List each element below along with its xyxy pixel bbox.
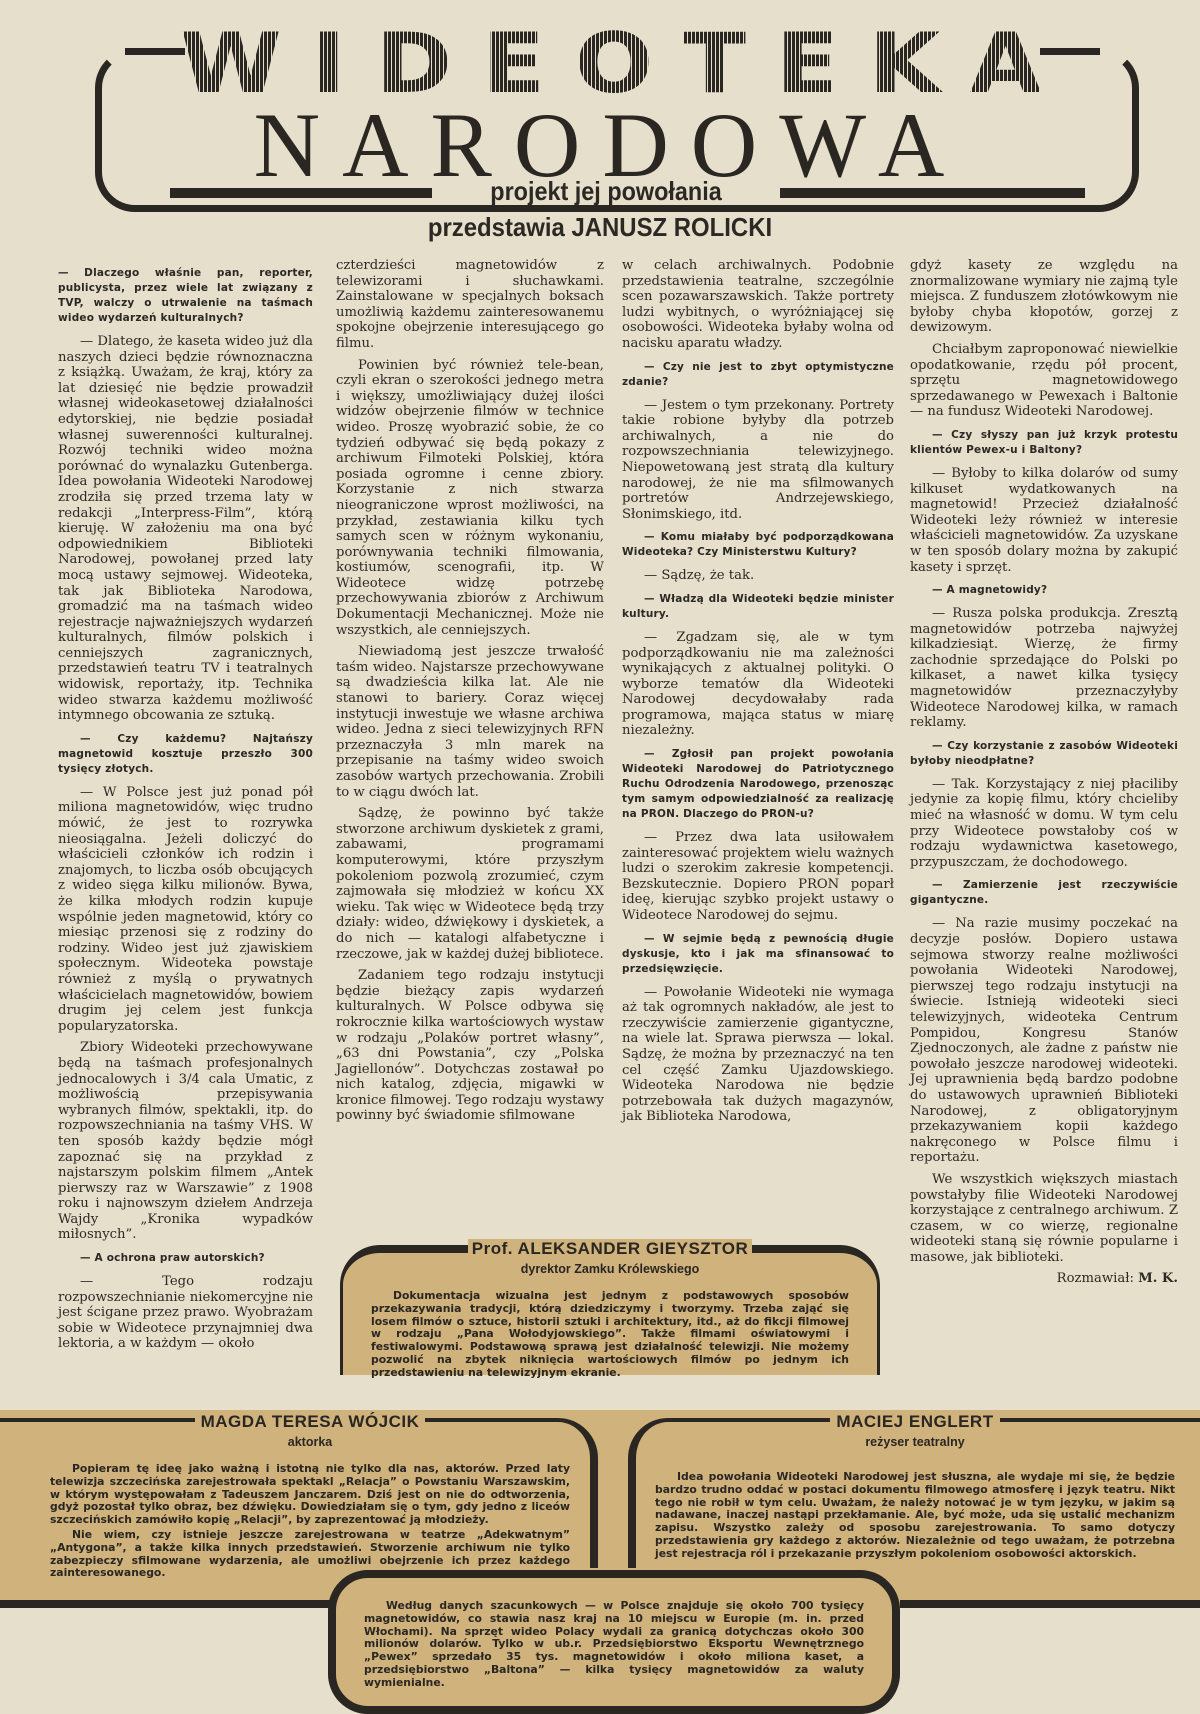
- interview-answer: — Jestem o tym przekonany. Portrety taki…: [622, 398, 894, 523]
- subheadline: projekt jej powołania: [449, 176, 762, 207]
- interview-question: — Zgłosił pan projekt powołania Wideotek…: [622, 747, 894, 822]
- interview-question: — W sejmie będą z pewnością długie dysku…: [622, 932, 894, 977]
- article-paragraph: czterdzieści magnetowidów z telewizorami…: [336, 258, 604, 352]
- quote-body: Dokumentacja wizualna jest jednym z pods…: [371, 1290, 849, 1380]
- interview-question: — A magnetowidy?: [910, 583, 1178, 598]
- statistics-box: Według danych szacunkowych — w Polsce zn…: [328, 1570, 900, 1714]
- header-rule-right: [780, 188, 1085, 198]
- article-column-4: gdyż kasety ze względu na znormalizowane…: [910, 258, 1178, 1287]
- quote-author-name: Prof. ALEKSANDER GIEYSZTOR: [371, 1239, 849, 1259]
- article-paragraph: We wszystkich większych miastach powstał…: [910, 1172, 1178, 1266]
- quote-author-role: aktorka: [50, 1435, 570, 1449]
- quote-author-role: dyrektor Zamku Królewskiego: [371, 1262, 849, 1276]
- quote-author-name: MACIEJ ENGLERT: [655, 1412, 1175, 1432]
- quote-author-name-text: Prof. ALEKSANDER GIEYSZTOR: [468, 1239, 753, 1258]
- interview-question: — Czy słyszy pan już krzyk protestu klie…: [910, 428, 1178, 458]
- interview-answer: — Byłoby to kilka dolarów od sumy kilkus…: [910, 466, 1178, 575]
- quote-body: Popieram tę ideę jako ważną i istotną ni…: [50, 1463, 570, 1580]
- header-rule-left: [170, 188, 432, 198]
- quote-author-name: MAGDA TERESA WÓJCIK: [50, 1412, 570, 1432]
- article-paragraph: Sądzę, że powinno być także stworzone ar…: [336, 806, 604, 962]
- byline: przedstawia JANUSZ ROLICKI: [324, 212, 876, 243]
- interview-question: — Władzą dla Wideoteki będzie minister k…: [622, 592, 894, 622]
- quote-paragraph: Dokumentacja wizualna jest jednym z pods…: [371, 1290, 849, 1380]
- article-column-1: — Dlaczego właśnie pan, reporter, public…: [58, 258, 313, 1358]
- interview-answer: — W Polsce jest już ponad pół miliona ma…: [58, 785, 313, 1035]
- interview-answer: — Dlatego, że kaseta wideo już dla naszy…: [58, 334, 313, 724]
- interview-answer: — Tego rodzaju rozpowszechnianie niekome…: [58, 1274, 313, 1352]
- frame-rule-bottom-left: [0, 1600, 330, 1608]
- quote-paragraph: Popieram tę ideę jako ważną i istotną ni…: [50, 1463, 570, 1527]
- article-paragraph: Powinien być również tele-bean, czyli ek…: [336, 358, 604, 639]
- interview-question: — Dlaczego właśnie pan, reporter, public…: [58, 266, 313, 326]
- quote-author-name-text: MAGDA TERESA WÓJCIK: [195, 1412, 426, 1431]
- statistics-text: Według danych szacunkowych — w Polsce zn…: [364, 1600, 864, 1690]
- article-column-2: czterdzieści magnetowidów z telewizorami…: [336, 258, 604, 1130]
- interview-question: — Zamierzenie jest rzeczywiście gigantyc…: [910, 878, 1178, 908]
- article-paragraph: w celach archiwalnych. Podobnie przedsta…: [622, 258, 894, 352]
- article-paragraph: Zadaniem tego rodzaju instytucji będzie …: [336, 968, 604, 1124]
- header-frame-top-left: [125, 48, 185, 55]
- interview-question: — Czy korzystanie z zasobów Wideoteki by…: [910, 739, 1178, 769]
- interview-answer: — Rusza polska produkcja. Zresztą magnet…: [910, 606, 1178, 731]
- interview-answer: — Sądzę, że tak.: [622, 568, 894, 584]
- newspaper-page: WIDEOTEKA NARODOWA projekt jej powołania…: [0, 0, 1200, 1714]
- quote-author-role: reżyser teatralny: [655, 1435, 1175, 1449]
- quote-paragraph: Idea powołania Wideoteki Narodowej jest …: [655, 1471, 1175, 1561]
- signature-initials: M. K.: [1138, 1271, 1178, 1286]
- quote-box-gieysztor: Prof. ALEKSANDER GIEYSZTOR dyrektor Zamk…: [340, 1245, 880, 1375]
- interview-question: — Czy każdemu? Najtańszy magnetowid kosz…: [58, 732, 313, 777]
- interview-answer: — Przez dwa lata usiłowałem zainteresowa…: [622, 830, 894, 924]
- signature: Rozmawiał: M. K.: [910, 1271, 1178, 1287]
- interview-answer: — Powołanie Wideoteki nie wymaga aż tak …: [622, 985, 894, 1125]
- quote-box-englert: MACIEJ ENGLERT reżyser teatralny Idea po…: [655, 1412, 1175, 1563]
- quote-box-wojcik: MAGDA TERESA WÓJCIK aktorka Popieram tę …: [50, 1412, 570, 1582]
- article-paragraph: Chciałbym zaproponować niewielkie opodat…: [910, 342, 1178, 420]
- interview-answer: — Zgadzam się, ale w tym podporządkowani…: [622, 630, 894, 739]
- interview-question: — Czy nie jest to zbyt optymistyczne zda…: [622, 360, 894, 390]
- article-column-3: w celach archiwalnych. Podobnie przedsta…: [622, 258, 894, 1131]
- frame-rule-bottom-right: [900, 1600, 1200, 1608]
- interview-answer: — Tak. Korzystający z niej płaciliby jed…: [910, 777, 1178, 871]
- quote-author-name-text: MACIEJ ENGLERT: [830, 1412, 999, 1431]
- article-paragraph: Niewiadomą jest jeszcze trwałość taśm wi…: [336, 644, 604, 800]
- article-paragraph: Zbiory Wideoteki przechowywane będą na t…: [58, 1040, 313, 1243]
- quote-body: Idea powołania Wideoteki Narodowej jest …: [655, 1471, 1175, 1561]
- interview-question: — Komu miałaby być podporządkowana Wideo…: [622, 530, 894, 560]
- signature-label: Rozmawiał:: [1057, 1271, 1134, 1286]
- interview-answer: — Na razie musimy poczekać na decyzje po…: [910, 916, 1178, 1166]
- interview-question: — A ochrona praw autorskich?: [58, 1251, 313, 1266]
- article-paragraph: gdyż kasety ze względu na znormalizowane…: [910, 258, 1178, 336]
